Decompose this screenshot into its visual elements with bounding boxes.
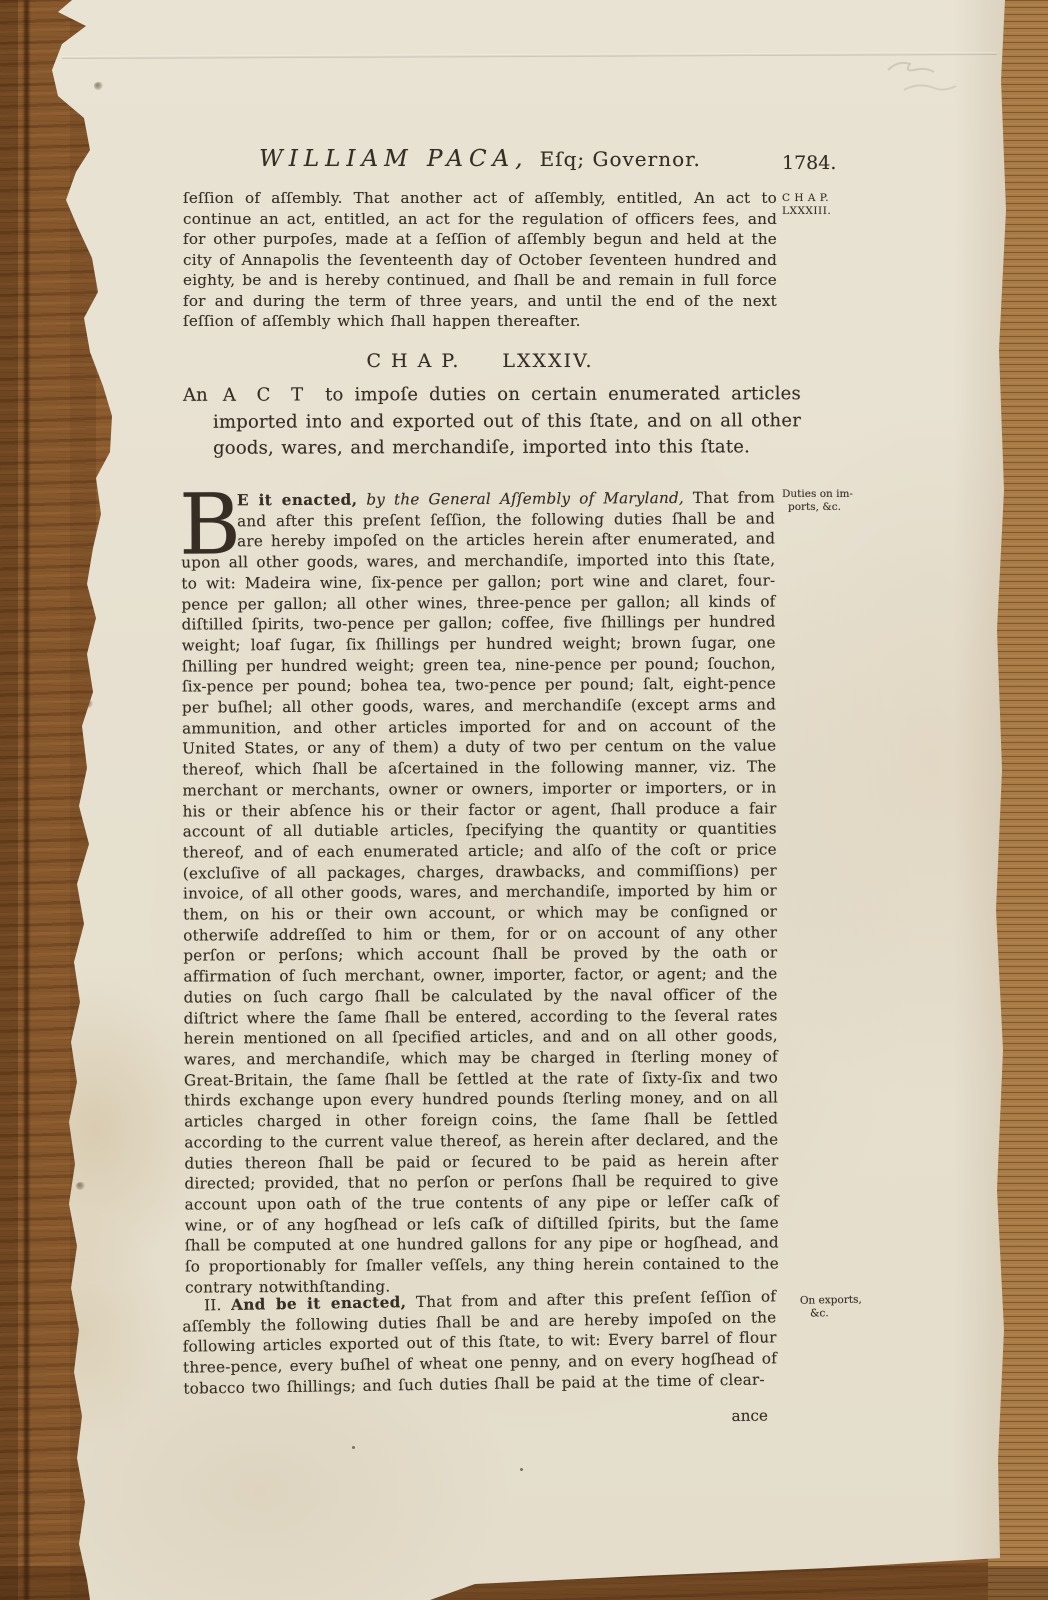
- margin-note-chap-lxxxiii: C H A P. LXXXIII.: [782, 192, 866, 217]
- act-title: An A C T to impoſe duties on certain enu…: [183, 381, 801, 462]
- stitch-hole: [76, 1182, 85, 1190]
- drop-cap: B: [179, 493, 231, 551]
- section-two-numeral: II.: [204, 1296, 222, 1314]
- section-two-paragraph: II. And be it enacted, That from and aft…: [182, 1286, 778, 1399]
- paper-speck: [352, 1446, 355, 1449]
- stitch-hole: [94, 82, 103, 90]
- pencil-scribble: [870, 48, 1000, 108]
- continuation-paragraph: ſeſſion of aſſembly. That another act of…: [183, 188, 777, 332]
- document-page: WILLIAM PACA, Eſq; Governor. 1784. ſeſſi…: [0, 0, 1048, 1600]
- wood-plank-seam: [24, 0, 29, 1600]
- act-title-an: An: [183, 385, 208, 406]
- photo-of-document: WILLIAM PACA, Eſq; Governor. 1784. ſeſſi…: [0, 0, 1048, 1600]
- enacting-body: That from and after this preſent ſeſſion…: [181, 488, 779, 1296]
- governor-name: WILLIAM PACA,: [259, 146, 528, 172]
- paper-speck: [520, 1468, 523, 1471]
- catchword: ance: [184, 1406, 778, 1433]
- margin-note-line: C H A P.: [782, 192, 866, 205]
- act-title-word: A C T: [223, 384, 308, 405]
- enacting-by-clause: by the General Aſſembly of Maryland,: [366, 489, 684, 509]
- margin-note-duties-imports: Duties on im- ports, &c.: [782, 488, 866, 513]
- running-head: WILLIAM PACA, Eſq; Governor.: [183, 146, 777, 172]
- chapter-word: C H A P.: [366, 350, 460, 372]
- stitch-hole: [84, 700, 93, 708]
- margin-note-line: LXXXIII.: [782, 205, 866, 218]
- chapter-heading: C H A P. LXXXIV.: [183, 350, 777, 372]
- margin-note-line: Duties on im-: [782, 488, 866, 501]
- chapter-number: LXXXIV.: [502, 350, 593, 372]
- margin-note-line: &c.: [800, 1306, 884, 1320]
- margin-note-line: ports, &c.: [782, 501, 866, 514]
- governor-style: Eſq; Governor.: [540, 147, 701, 171]
- enacting-lead: E it enacted,: [237, 491, 358, 510]
- enacting-paragraph: B E it enacted, by the General Aſſembly …: [181, 487, 779, 1298]
- section-two: II. And be it enacted, That from and aft…: [182, 1286, 778, 1433]
- margin-note-on-exports: On exports, &c.: [800, 1293, 884, 1319]
- page-year: 1784.: [782, 152, 836, 174]
- paper-crease: [62, 52, 997, 59]
- section-two-lead: And be it enacted,: [231, 1293, 407, 1314]
